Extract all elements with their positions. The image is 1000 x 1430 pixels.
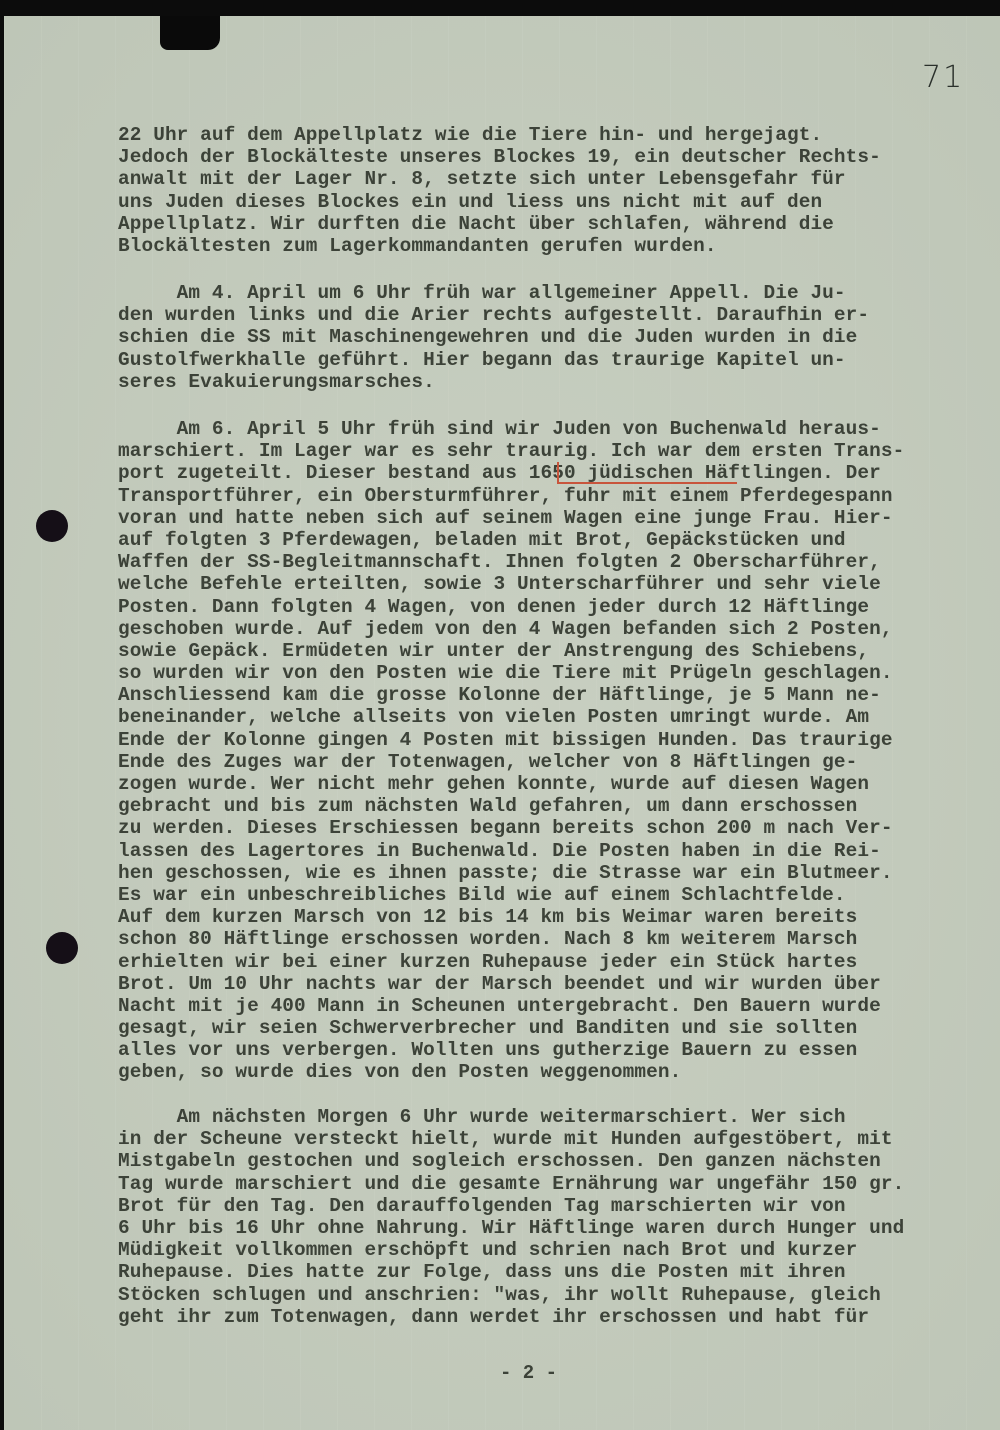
text-line: Mistgabeln gestochen und sogleich erscho… — [118, 1150, 968, 1172]
text-line: Posten. Dann folgten 4 Wagen, von denen … — [118, 596, 968, 618]
text-line: Es war ein unbeschreibliches Bild wie au… — [118, 884, 968, 906]
text-line: Am 4. April um 6 Uhr früh war allgemeine… — [118, 282, 968, 304]
text-line: Anschliessend kam die grosse Kolonne der… — [118, 684, 968, 706]
text-line: port zugeteilt. Dieser bestand aus 1650 … — [118, 462, 968, 484]
text-line: Ende der Kolonne gingen 4 Posten mit bis… — [118, 729, 968, 751]
text-line: Tag wurde marschiert und die gesamte Ern… — [118, 1173, 968, 1195]
text-line: erhielten wir bei einer kurzen Ruhepause… — [118, 951, 968, 973]
page-number-footer: - 2 - — [500, 1362, 557, 1384]
red-pencil-underline — [557, 462, 737, 484]
text-line: Auf dem kurzen Marsch von 12 bis 14 km b… — [118, 906, 968, 928]
punch-hole-lower — [46, 932, 78, 964]
text-line: Nacht mit je 400 Mann in Scheunen unterg… — [118, 995, 968, 1017]
text-line: 6 Uhr bis 16 Uhr ohne Nahrung. Wir Häftl… — [118, 1217, 968, 1239]
text-line: alles vor uns verbergen. Wollten uns gut… — [118, 1039, 968, 1061]
text-line: gesagt, wir seien Schwerverbrecher und B… — [118, 1017, 968, 1039]
text-line: Müdigkeit vollkommen erschöpft und schri… — [118, 1239, 968, 1261]
text-line: schon 80 Häftlinge erschossen worden. Na… — [118, 928, 968, 950]
folio-number: 71 — [922, 60, 964, 95]
text-line: Am nächsten Morgen 6 Uhr wurde weitermar… — [118, 1106, 968, 1128]
document-page: 71 22 Uhr auf dem Appellplatz wie die Ti… — [4, 16, 1000, 1430]
text-line: zogen wurde. Wer nicht mehr gehen konnte… — [118, 773, 968, 795]
text-line: geschoben wurde. Auf jedem von den 4 Wag… — [118, 618, 968, 640]
text-line: Blockältesten zum Lagerkommandanten geru… — [118, 235, 968, 257]
text-line: beneinander, welche allseits von vielen … — [118, 706, 968, 728]
text-line: zu werden. Dieses Erschiessen begann ber… — [118, 817, 968, 839]
text-line: in der Scheune versteckt hielt, wurde mi… — [118, 1128, 968, 1150]
text-line: marschiert. Im Lager war es sehr traurig… — [118, 440, 968, 462]
paragraph-4: Am nächsten Morgen 6 Uhr wurde weitermar… — [118, 1106, 968, 1328]
text-line: Jedoch der Blockälteste unseres Blockes … — [118, 146, 968, 168]
text-line: 22 Uhr auf dem Appellplatz wie die Tiere… — [118, 124, 968, 146]
text-line: schien die SS mit Maschinengewehren und … — [118, 326, 968, 348]
text-line: Brot für den Tag. Den darauffolgenden Ta… — [118, 1195, 968, 1217]
text-line: auf folgten 3 Pferdewagen, beladen mit B… — [118, 529, 968, 551]
text-line: Am 6. April 5 Uhr früh sind wir Juden vo… — [118, 418, 968, 440]
text-line: Ende des Zuges war der Totenwagen, welch… — [118, 751, 968, 773]
text-line: voran und hatte neben sich auf seinem Wa… — [118, 507, 968, 529]
binder-clip — [160, 16, 220, 50]
paragraph-3: Am 6. April 5 Uhr früh sind wir Juden vo… — [118, 418, 968, 1084]
text-line: Appellplatz. Wir durften die Nacht über … — [118, 213, 968, 235]
text-line: Transportführer, ein Obersturmführer, fu… — [118, 485, 968, 507]
punch-hole-upper — [36, 510, 68, 542]
text-line: Brot. Um 10 Uhr nachts war der Marsch be… — [118, 973, 968, 995]
text-line: welche Befehle erteilten, sowie 3 Unters… — [118, 573, 968, 595]
text-line: Waffen der SS-Begleitmannschaft. Ihnen f… — [118, 551, 968, 573]
text-line: hen geschossen, wie es ihnen passte; die… — [118, 862, 968, 884]
text-line: gebracht und bis zum nächsten Wald gefah… — [118, 795, 968, 817]
text-line: Stöcken schlugen und anschrien: "was, ih… — [118, 1284, 968, 1306]
text-line: geht ihr zum Totenwagen, dann werdet ihr… — [118, 1306, 968, 1328]
text-line: Ruhepause. Dies hatte zur Folge, dass un… — [118, 1261, 968, 1283]
paragraph-1: 22 Uhr auf dem Appellplatz wie die Tiere… — [118, 124, 968, 257]
text-line: uns Juden dieses Blockes ein und liess u… — [118, 191, 968, 213]
text-line: anwalt mit der Lager Nr. 8, setzte sich … — [118, 168, 968, 190]
text-line: so wurden wir von den Posten wie die Tie… — [118, 662, 968, 684]
paragraph-2: Am 4. April um 6 Uhr früh war allgemeine… — [118, 282, 968, 393]
text-line: geben, so wurde dies von den Posten wegg… — [118, 1061, 968, 1083]
text-line: lassen des Lagertores in Buchenwald. Die… — [118, 840, 968, 862]
text-line: Gustolfwerkhalle geführt. Hier begann da… — [118, 349, 968, 371]
text-line: sowie Gepäck. Ermüdeten wir unter der An… — [118, 640, 968, 662]
text-line: seres Evakuierungsmarsches. — [118, 371, 968, 393]
text-line: den wurden links und die Arier rechts au… — [118, 304, 968, 326]
